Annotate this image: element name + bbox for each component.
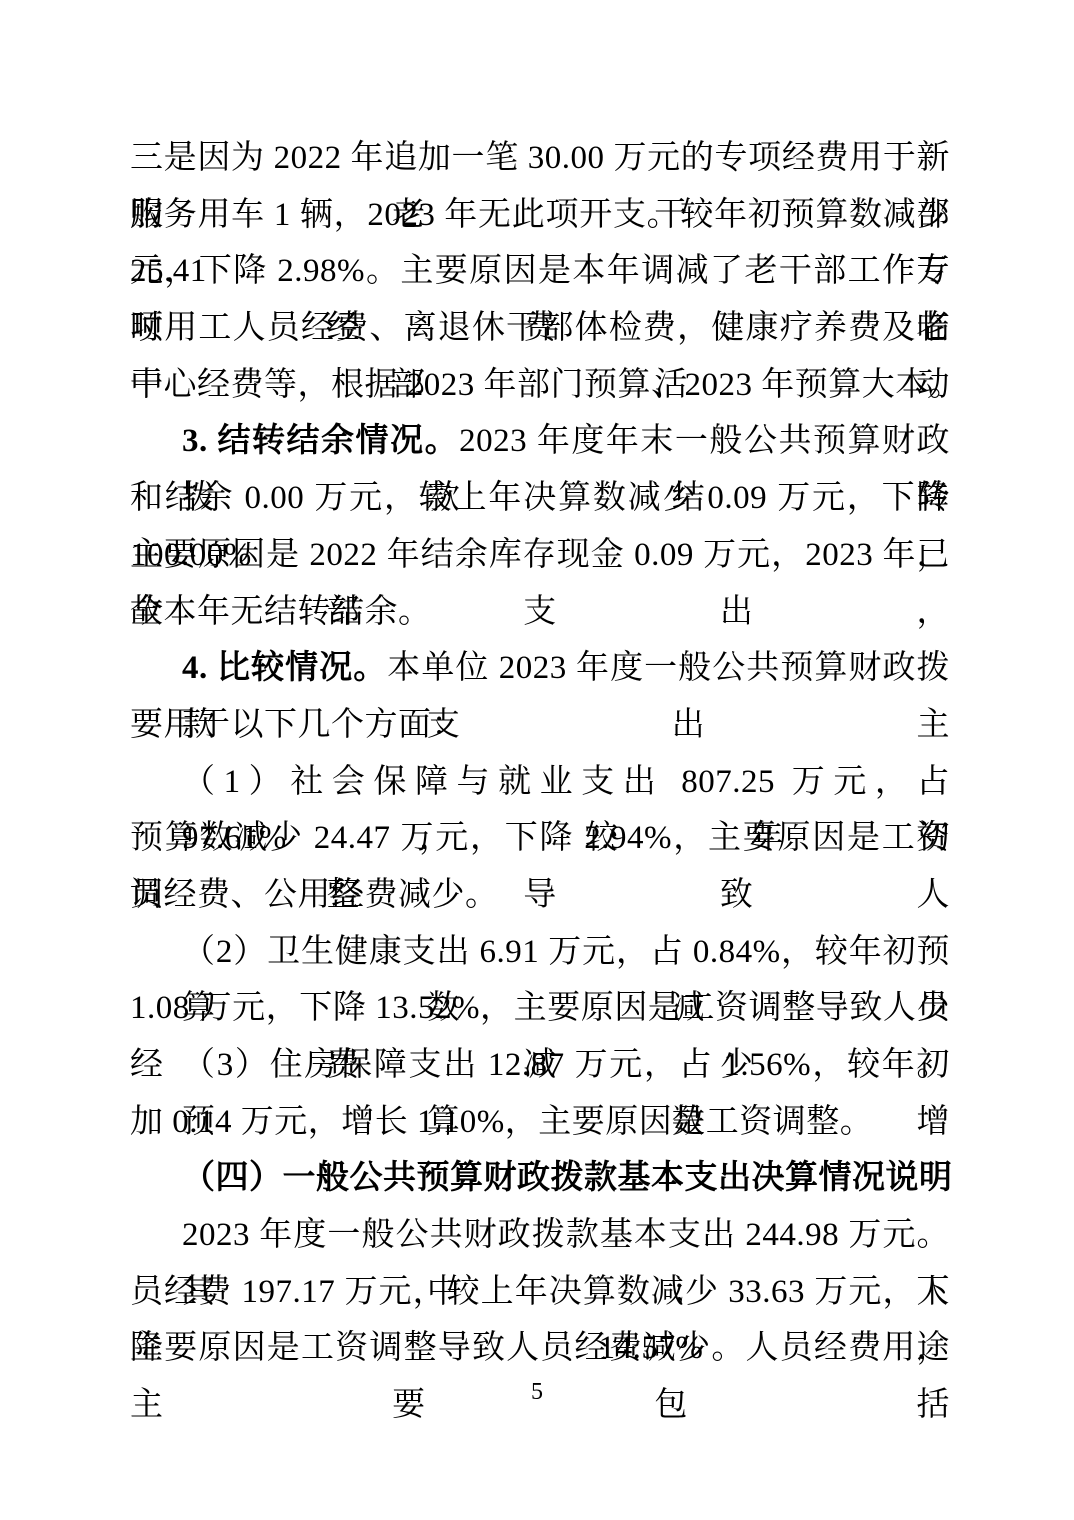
text-line: （3）住房保障支出 12.87 万元，占 1.56%，较年初预算数增 [130, 1037, 950, 1094]
text-line: 时用工人员经费、离退休干部体检费，健康疗养费及老干部活动 [130, 300, 950, 357]
text-line: 3. 结转结余情况。2023 年度年末一般公共预算财政拨款结转 [130, 413, 950, 470]
bold-text-segment: 3. 结转结余情况。 [182, 423, 459, 459]
text-segment: 要用于以下几个方面： [130, 707, 465, 743]
text-line: （1）社会保障与就业支出 807.25 万元，占 97.61%，较年初 [130, 754, 950, 811]
text-segment: 中心经费等，根据 2023 年部门预算、2023 年预算大本。 [130, 367, 962, 403]
text-line: 员经费 197.17 万元，较上年决算数减少 33.63 万元，下降 14.57… [130, 1264, 950, 1321]
text-line: 中心经费等，根据 2023 年部门预算、2023 年预算大本。 [130, 357, 950, 414]
page-number: 5 [0, 1376, 1074, 1408]
text-line: （四）一般公共预算财政拨款基本支出决算情况说明 [130, 1150, 950, 1207]
text-line: 预算数减少 24.47 万元，下降 2.94%，主要原因是工资调整导致人 [130, 810, 950, 867]
text-block: 三是因为 2022 年追加一笔 30.00 万元的专项经费用于新购老干部服务用车… [130, 130, 950, 1377]
text-line: 1.08 万元，下降 13.52%，主要原因是工资调整导致人员经费减少。 [130, 980, 950, 1037]
text-line: 主要原因是 2022 年结余库存现金 0.09 万元，2023 年已全部支出， [130, 527, 950, 584]
text-line: 元，下降 2.98%。主要原因是本年调减了老干部工作专项经费、临 [130, 243, 950, 300]
text-line: 4. 比较情况。本单位 2023 年度一般公共预算财政拨款支出主 [130, 640, 950, 697]
text-segment: 加 0.14 万元，增长 1.10%，主要原因是工资调整。 [130, 1104, 873, 1140]
text-line: 三是因为 2022 年追加一笔 30.00 万元的专项经费用于新购老干部 [130, 130, 950, 187]
text-line: 服务用车 1 辆，2023 年无此项开支。较年初预算数减少 25.41 万 [130, 187, 950, 244]
bold-text-segment: 4. 比较情况。 [182, 650, 387, 686]
text-line: 和结余 0.00 万元，较上年决算数减少 0.09 万元，下降 100.00%， [130, 470, 950, 527]
text-segment: 员经费、公用经费减少。 [130, 877, 499, 913]
document-page: 三是因为 2022 年追加一笔 30.00 万元的专项经费用于新购老干部服务用车… [0, 0, 1074, 1520]
text-line: 2023 年度一般公共财政拨款基本支出 244.98 万元。其中：人 [130, 1207, 950, 1264]
text-line: （2）卫生健康支出 6.91 万元，占 0.84%，较年初预算数减少 [130, 924, 950, 981]
bold-text-segment: （四）一般公共预算财政拨款基本支出决算情况说明 [182, 1160, 953, 1196]
text-line: 加 0.14 万元，增长 1.10%，主要原因是工资调整。 [130, 1094, 950, 1151]
text-segment: 故本年无结转结余。 [130, 594, 432, 630]
text-line: 主要原因是工资调整导致人员经费减少。人员经费用途主要包括 [130, 1320, 950, 1377]
